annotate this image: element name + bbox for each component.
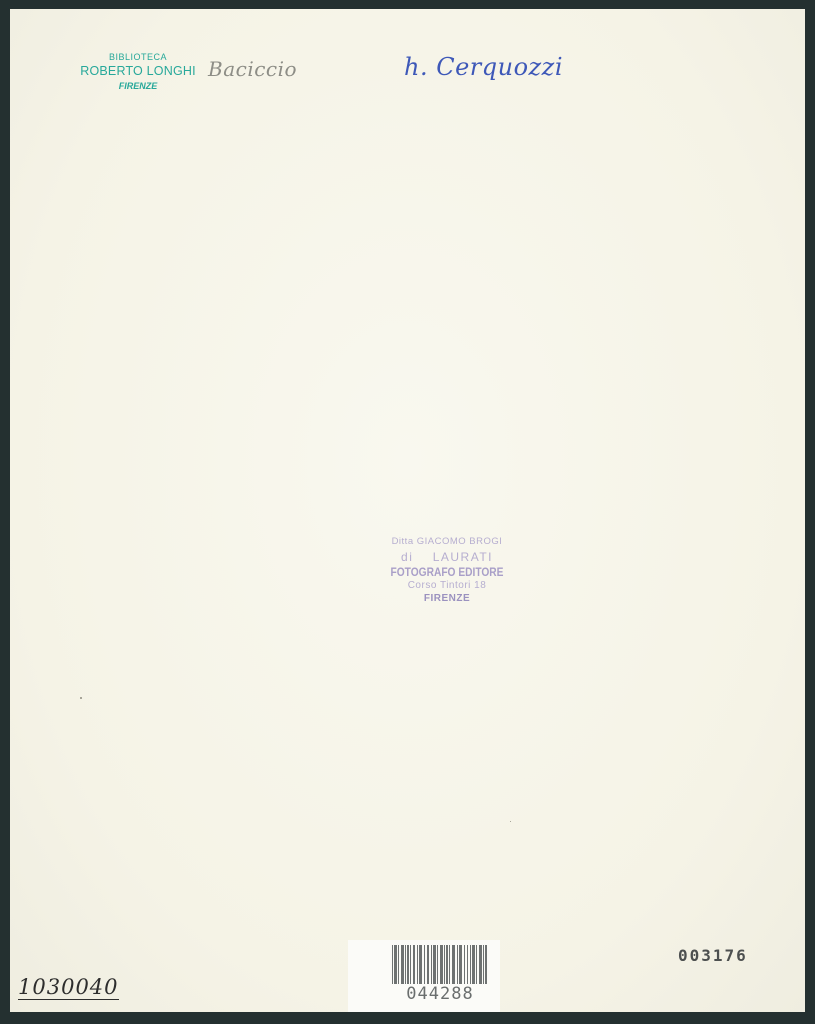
ink-attribution-note: h. Cerquozzi (404, 53, 563, 81)
barcode-label: 044288 (348, 940, 500, 1012)
handwritten-inventory-number: 1030040 (18, 976, 119, 1000)
photographer-stamp-line5: FIRENZE (362, 594, 532, 604)
paper-speck (80, 697, 82, 699)
library-stamp-line2: ROBERTO LONGHI (68, 65, 208, 78)
photographer-stamp: Ditta GIACOMO BROGI di LAURATI FOTOGRAFO… (362, 537, 532, 604)
library-stamp-line1: BIBLIOTECA (68, 53, 208, 62)
photographer-stamp-line1: Ditta GIACOMO BROGI (362, 537, 532, 547)
photo-back-sheet: BIBLIOTECA ROBERTO LONGHI FIRENZE Bacicc… (10, 9, 805, 1012)
pencil-attribution-note: Baciccio (208, 57, 297, 81)
library-stamp-line3: FIRENZE (68, 82, 208, 91)
barcode-icon (392, 945, 488, 984)
library-stamp: BIBLIOTECA ROBERTO LONGHI FIRENZE (68, 53, 208, 91)
photographer-stamp-line4: Corso Tintori 18 (362, 581, 532, 591)
photographer-stamp-line2: di LAURATI (362, 551, 532, 563)
paper-speck (510, 821, 511, 822)
barcode-number: 044288 (392, 984, 488, 1004)
inventory-number: 003176 (678, 946, 748, 965)
photographer-stamp-line3: FOTOGRAFO EDITORE (375, 566, 520, 578)
